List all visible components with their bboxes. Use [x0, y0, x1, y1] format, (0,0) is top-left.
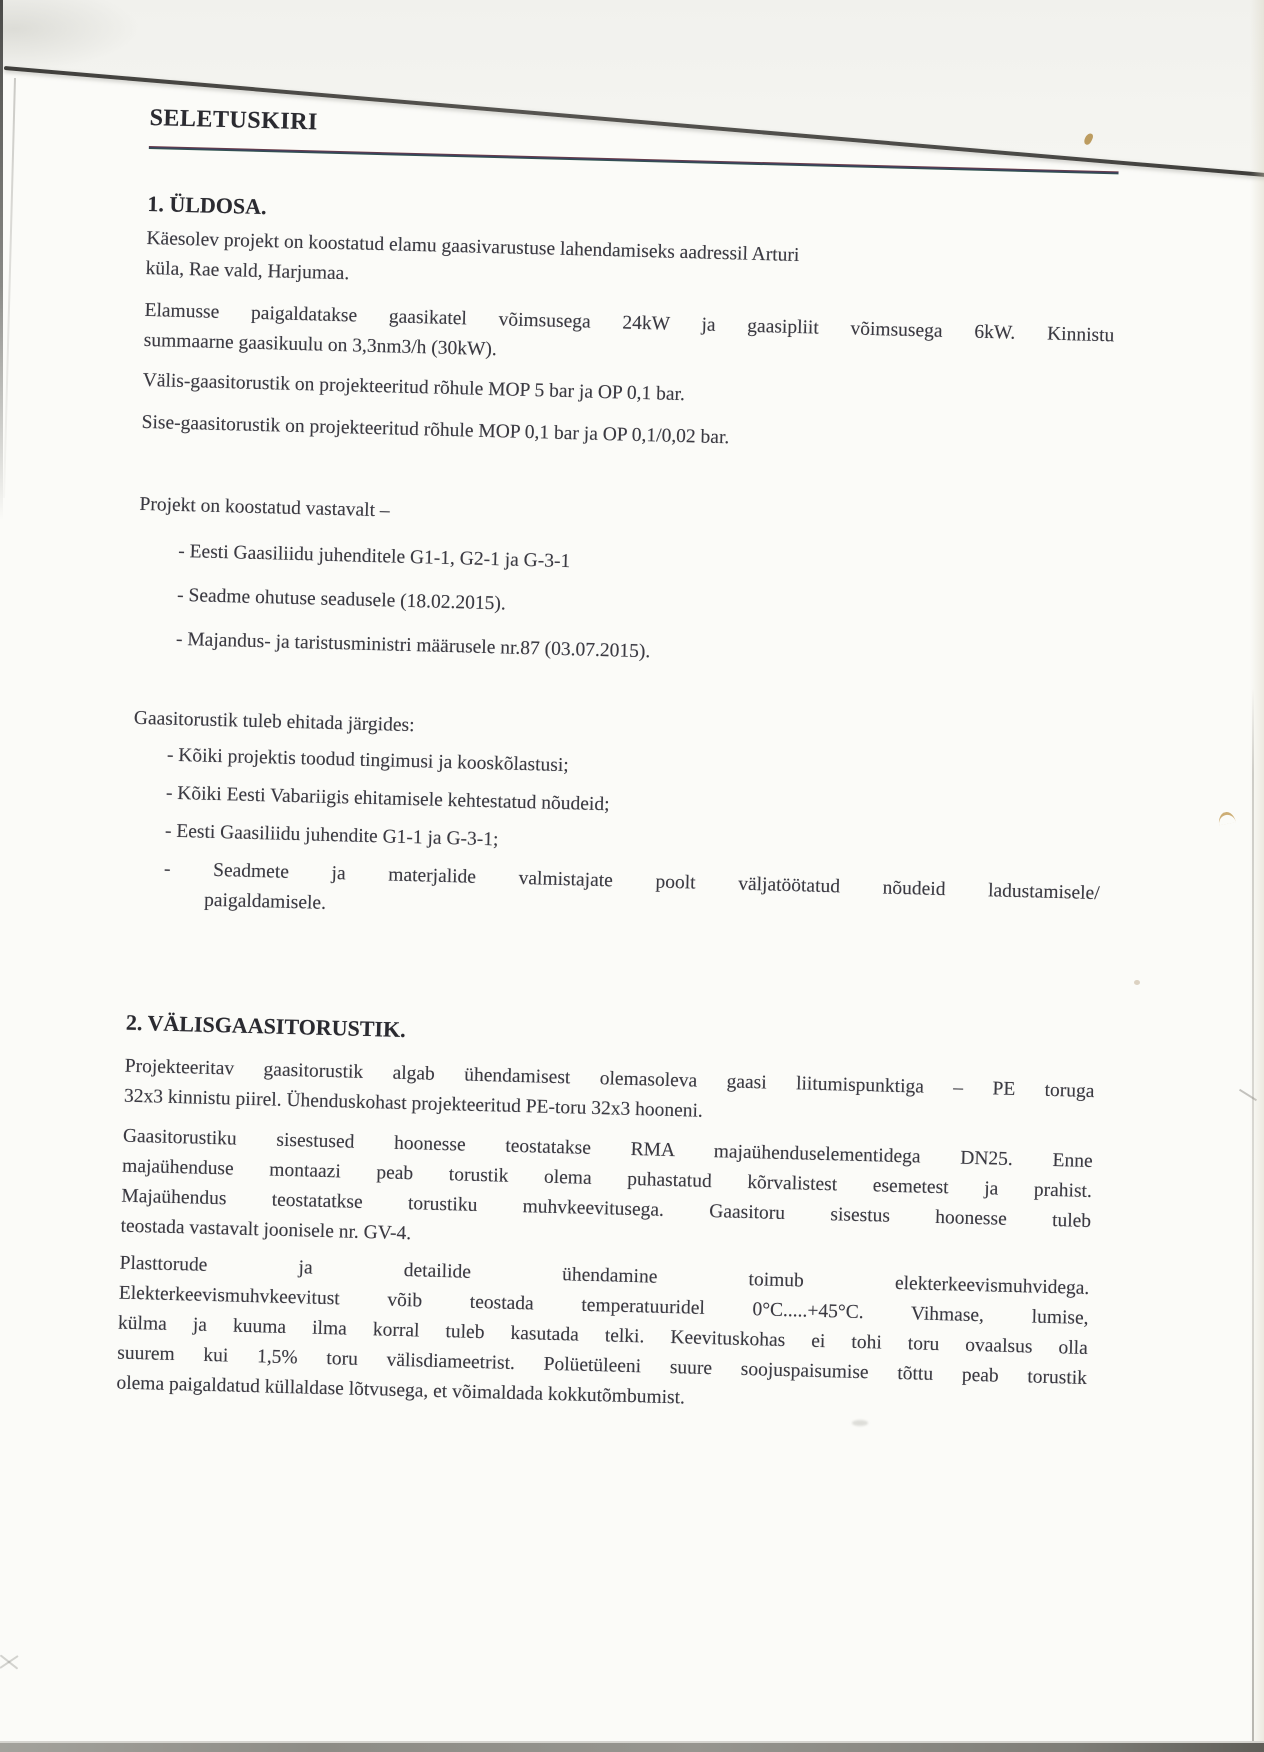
- scan-left-edge-line: [0, 0, 3, 520]
- paragraph-welding-conditions: Plasttorude ja detailide ühendamine toim…: [116, 1249, 1090, 1424]
- scan-pencil-mark: [0, 1648, 22, 1676]
- section-2-heading: 2. VÄLISGAASITORUSTIK.: [126, 1009, 1096, 1062]
- paragraph-house-connection: Gaasitorustiku sisestused hoonesse teost…: [120, 1122, 1093, 1267]
- scan-bottom-edge-strip: [0, 1741, 1264, 1752]
- scan-left-fold-crease: [3, 78, 16, 498]
- scan-smudge: [852, 1420, 868, 1426]
- text-line: Projekt on koostatud vastavalt –: [139, 490, 1109, 545]
- paragraph-pipeline-start: Projekteeritav gaasitorustik algab ühend…: [124, 1052, 1095, 1137]
- standards-list: - Eesti Gaasiliidu juhenditele G1-1, G2-…: [136, 536, 1109, 679]
- paragraph-list1-intro: Projekt on koostatud vastavalt –: [139, 490, 1109, 545]
- scan-tan-curl-mark: [1217, 811, 1236, 826]
- text-line: - Majandus- ja taristusministri määrusel…: [176, 625, 1106, 679]
- text-line: - Eesti Gaasiliidu juhenditele G1-1, G2-…: [178, 537, 1108, 591]
- requirements-list: - Kõiki projektis toodud tingimusi ja ko…: [129, 740, 1103, 939]
- scan-corner-shade: [0, 0, 140, 72]
- list-item: - Majandus- ja taristusministri määrusel…: [136, 624, 1106, 679]
- scan-right-margin-tint: [1250, 0, 1264, 1752]
- scan-faint-dot: [1134, 980, 1140, 985]
- document-body: SELETUSKIRI 1. ÜLDOSA. Käesolev projekt …: [116, 104, 1120, 1424]
- scanned-document-page: SELETUSKIRI 1. ÜLDOSA. Käesolev projekt …: [0, 0, 1264, 1752]
- paragraph-boiler-power: Elamusse paigaldatakse gaasikatel võimsu…: [143, 296, 1114, 381]
- text-line: - Seadme ohutuse seadusele (18.02.2015).: [177, 581, 1107, 635]
